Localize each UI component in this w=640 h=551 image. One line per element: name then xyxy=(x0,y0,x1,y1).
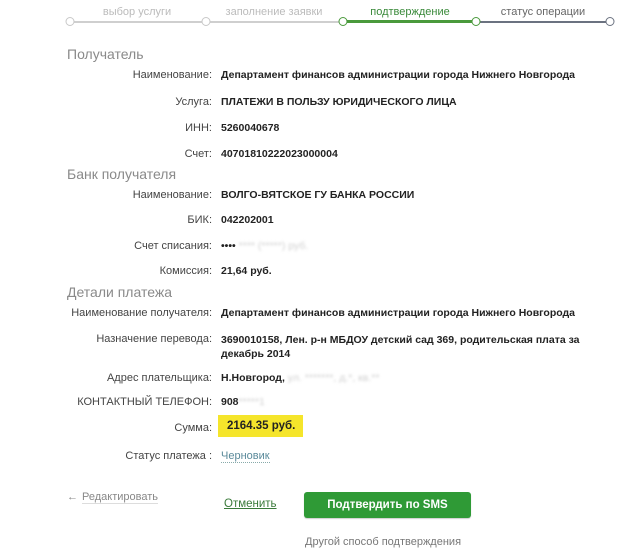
phone-value: 908*****1 xyxy=(221,396,265,408)
step-select-service: выбор услуги xyxy=(103,6,171,18)
stepper-dot-3 xyxy=(339,17,348,26)
commission-label: Комиссия: xyxy=(160,265,212,277)
address-blurred: ул. *******, д.*, кв.** xyxy=(288,372,380,384)
confirm-sms-button[interactable]: Подтвердить по SMS xyxy=(304,492,471,518)
address-city: Н.Новгород, xyxy=(221,372,285,384)
cancel-link[interactable]: Отменить xyxy=(224,498,277,510)
inn-value: 5260040678 xyxy=(221,122,279,134)
purpose-label: Назначение перевода: xyxy=(96,333,212,345)
debit-account-mask: •••• xyxy=(221,240,236,252)
phone-label: КОНТАКТНЫЙ ТЕЛЕФОН: xyxy=(77,396,212,408)
stepper-line-1 xyxy=(70,21,206,23)
phone-blurred: *****1 xyxy=(239,396,265,408)
section-recipient-title: Получатель xyxy=(67,46,144,62)
step-confirmation: подтверждение xyxy=(370,6,449,18)
purpose-value: 3690010158, Лен. р-н МБДОУ детский сад 3… xyxy=(221,333,591,361)
stepper-dot-1 xyxy=(66,17,75,26)
bank-name-label: Наименование: xyxy=(133,189,212,201)
stepper-dot-2 xyxy=(202,17,211,26)
recipient-name-label: Наименование: xyxy=(133,69,212,81)
bik-label: БИК: xyxy=(187,214,212,226)
debit-account-value[interactable]: •••• **** (*****) руб. xyxy=(221,240,308,252)
stepper-line-4 xyxy=(476,21,610,23)
debit-account-label: Счет списания: xyxy=(134,240,212,252)
payment-status-link[interactable]: Черновик xyxy=(221,450,270,463)
section-bank-title: Банк получателя xyxy=(67,166,176,182)
account-value: 40701810222023000004 xyxy=(221,148,338,160)
stepper-dot-5 xyxy=(606,17,615,26)
amount-label: Сумма: xyxy=(174,422,212,434)
bik-value: 042202001 xyxy=(221,214,274,226)
stepper-dot-4 xyxy=(472,17,481,26)
progress-stepper: выбор услуги заполнение заявки подтвержд… xyxy=(0,0,640,32)
debit-account-blurred: **** (*****) руб. xyxy=(239,240,309,252)
service-label: Услуга: xyxy=(175,96,212,108)
bank-name-value: ВОЛГО-ВЯТСКОЕ ГУ БАНКА РОССИИ xyxy=(221,189,414,201)
step-fill-form: заполнение заявки xyxy=(226,6,323,18)
payment-status-label: Статус платежа : xyxy=(125,450,212,462)
service-value: ПЛАТЕЖИ В ПОЛЬЗУ ЮРИДИЧЕСКОГО ЛИЦА xyxy=(221,96,457,108)
stepper-line-2 xyxy=(206,21,343,23)
phone-prefix: 908 xyxy=(221,396,239,408)
details-recipient-name-value: Департамент финансов администрации город… xyxy=(221,307,575,319)
amount-value: 2164.35 руб. xyxy=(218,415,303,437)
inn-label: ИНН: xyxy=(185,122,212,134)
address-label: Адрес плательщика: xyxy=(107,372,212,384)
stepper-line-3 xyxy=(343,20,476,23)
edit-link[interactable]: ←Редактировать xyxy=(67,491,158,503)
commission-value: 21,64 руб. xyxy=(221,265,272,277)
recipient-name-value: Департамент финансов администрации город… xyxy=(221,69,575,81)
details-recipient-name-label: Наименование получателя: xyxy=(71,307,212,319)
section-details-title: Детали платежа xyxy=(67,284,172,300)
arrow-left-icon: ← xyxy=(67,491,78,503)
alternative-confirmation-link[interactable]: Другой способ подтверждения xyxy=(305,536,461,548)
address-value: Н.Новгород, ул. *******, д.*, кв.** xyxy=(221,372,379,384)
account-label: Счет: xyxy=(185,148,212,160)
step-operation-status: статус операции xyxy=(501,6,585,18)
edit-link-label: Редактировать xyxy=(82,491,158,504)
